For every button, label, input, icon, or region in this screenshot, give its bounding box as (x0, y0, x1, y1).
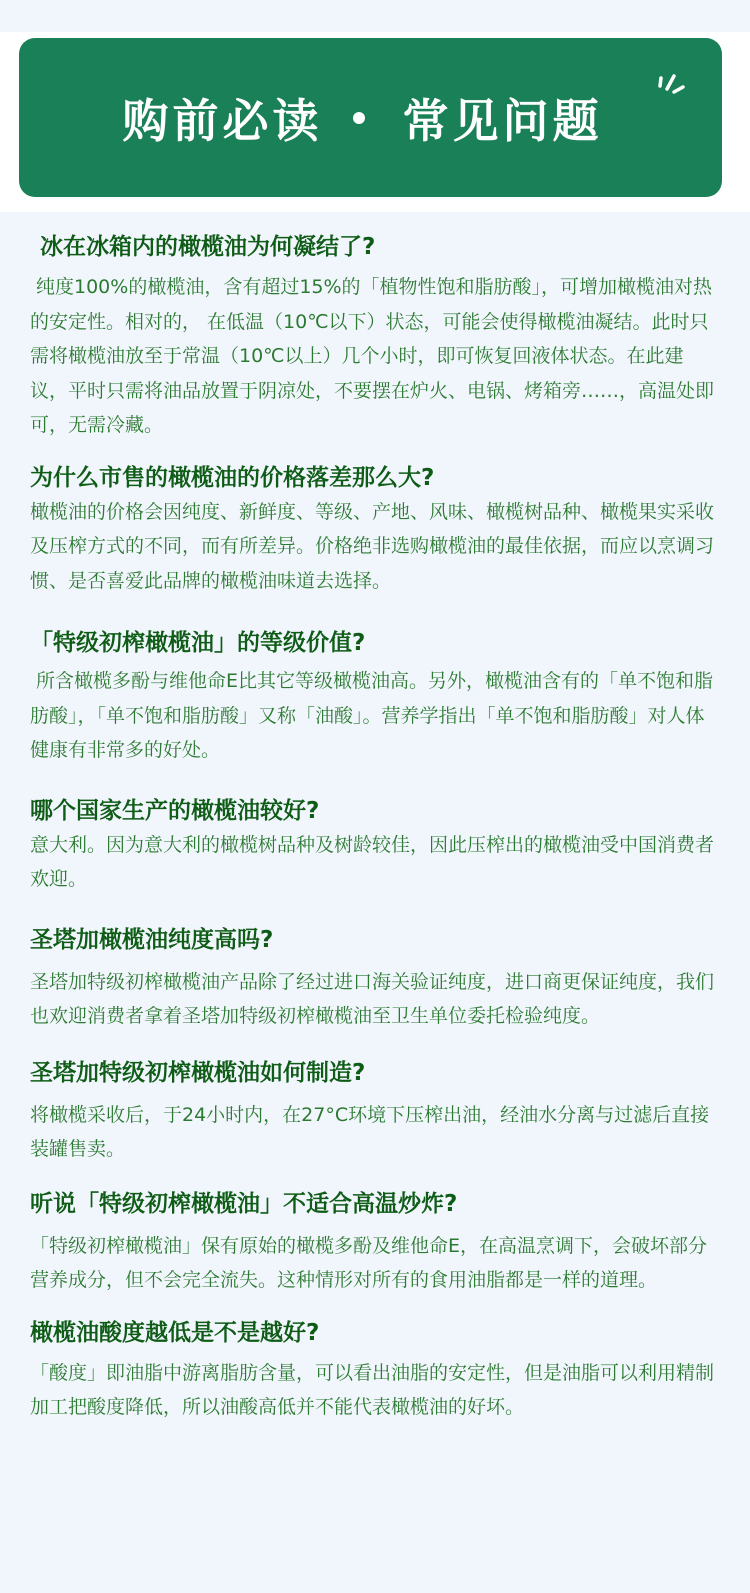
faq-item: 冰在冰箱内的橄榄油为何凝结了? 纯度100%的橄榄油，含有超过15%的「植物性饱… (30, 232, 720, 443)
faq-answer: 所含橄榄多酚与维他命E比其它等级橄榄油高。另外，橄榄油含有的「单不饱和脂肪酸」，… (30, 664, 720, 768)
faq-item: 听说「特级初榨橄榄油」不适合高温炒炸? 「特级初榨橄榄油」保有原始的橄榄多酚及维… (30, 1189, 720, 1298)
faq-item: 哪个国家生产的橄榄油较好? 意大利。因为意大利的橄榄树品种及树龄较佳，因此压榨出… (30, 796, 720, 897)
faq-question: 「特级初榨橄榄油」的等级价值? (30, 628, 720, 658)
faq-question: 哪个国家生产的橄榄油较好? (30, 796, 720, 826)
banner-title-left: 购前必读 (123, 85, 323, 151)
faq-answer: 「特级初榨橄榄油」保有原始的橄榄多酚及维他命E，在高温烹调下，会破坏部分营养成分… (30, 1229, 720, 1298)
faq-item: 橄榄油酸度越低是不是越好? 「酸度」即油脂中游离脂肪含量，可以看出油脂的安定性，… (30, 1318, 720, 1425)
faq-question: 冰在冰箱内的橄榄油为何凝结了? (30, 232, 720, 262)
faq-question: 橄榄油酸度越低是不是越好? (30, 1318, 720, 1348)
faq-question: 听说「特级初榨橄榄油」不适合高温炒炸? (30, 1189, 720, 1219)
faq-answer: 「酸度」即油脂中游离脂肪含量，可以看出油脂的安定性，但是油脂可以利用精制加工把酸… (30, 1356, 720, 1425)
top-band (0, 0, 750, 32)
faq-answer: 纯度100%的橄榄油，含有超过15%的「植物性饱和脂肪酸」，可增加橄榄油对热的安… (30, 270, 720, 443)
faq-question: 为什么市售的橄榄油的价格落差那么大? (30, 463, 720, 493)
faq-question: 圣塔加特级初榨橄榄油如何制造? (30, 1058, 720, 1088)
separator-dot-icon (353, 112, 365, 124)
faq-item: 「特级初榨橄榄油」的等级价值? 所含橄榄多酚与维他命E比其它等级橄榄油高。另外，… (30, 628, 720, 768)
banner-title: 购前必读 常见问题 (123, 85, 603, 151)
faq-answer: 橄榄油的价格会因纯度、新鲜度、等级、产地、风味、橄榄树品种、橄榄果实采收及压榨方… (30, 495, 720, 599)
sparkle-lines-icon (649, 70, 699, 110)
faq-banner: 购前必读 常见问题 (19, 38, 722, 197)
faq-item: 圣塔加特级初榨橄榄油如何制造? 将橄榄采收后，于24小时内，在27°C环境下压榨… (30, 1058, 720, 1167)
faq-list: 冰在冰箱内的橄榄油为何凝结了? 纯度100%的橄榄油，含有超过15%的「植物性饱… (0, 212, 750, 1425)
faq-answer: 圣塔加特级初榨橄榄油产品除了经过进口海关验证纯度，进口商更保证纯度，我们也欢迎消… (30, 965, 720, 1034)
faq-question: 圣塔加橄榄油纯度高吗? (30, 925, 720, 955)
faq-item: 为什么市售的橄榄油的价格落差那么大? 橄榄油的价格会因纯度、新鲜度、等级、产地、… (30, 463, 720, 599)
header-band: 购前必读 常见问题 (0, 32, 750, 212)
faq-answer: 意大利。因为意大利的橄榄树品种及树龄较佳，因此压榨出的橄榄油受中国消费者欢迎。 (30, 828, 720, 897)
faq-answer: 将橄榄采收后，于24小时内，在27°C环境下压榨出油，经油水分离与过滤后直接装罐… (30, 1098, 720, 1167)
banner-title-right: 常见问题 (403, 85, 603, 151)
faq-item: 圣塔加橄榄油纯度高吗? 圣塔加特级初榨橄榄油产品除了经过进口海关验证纯度，进口商… (30, 925, 720, 1034)
